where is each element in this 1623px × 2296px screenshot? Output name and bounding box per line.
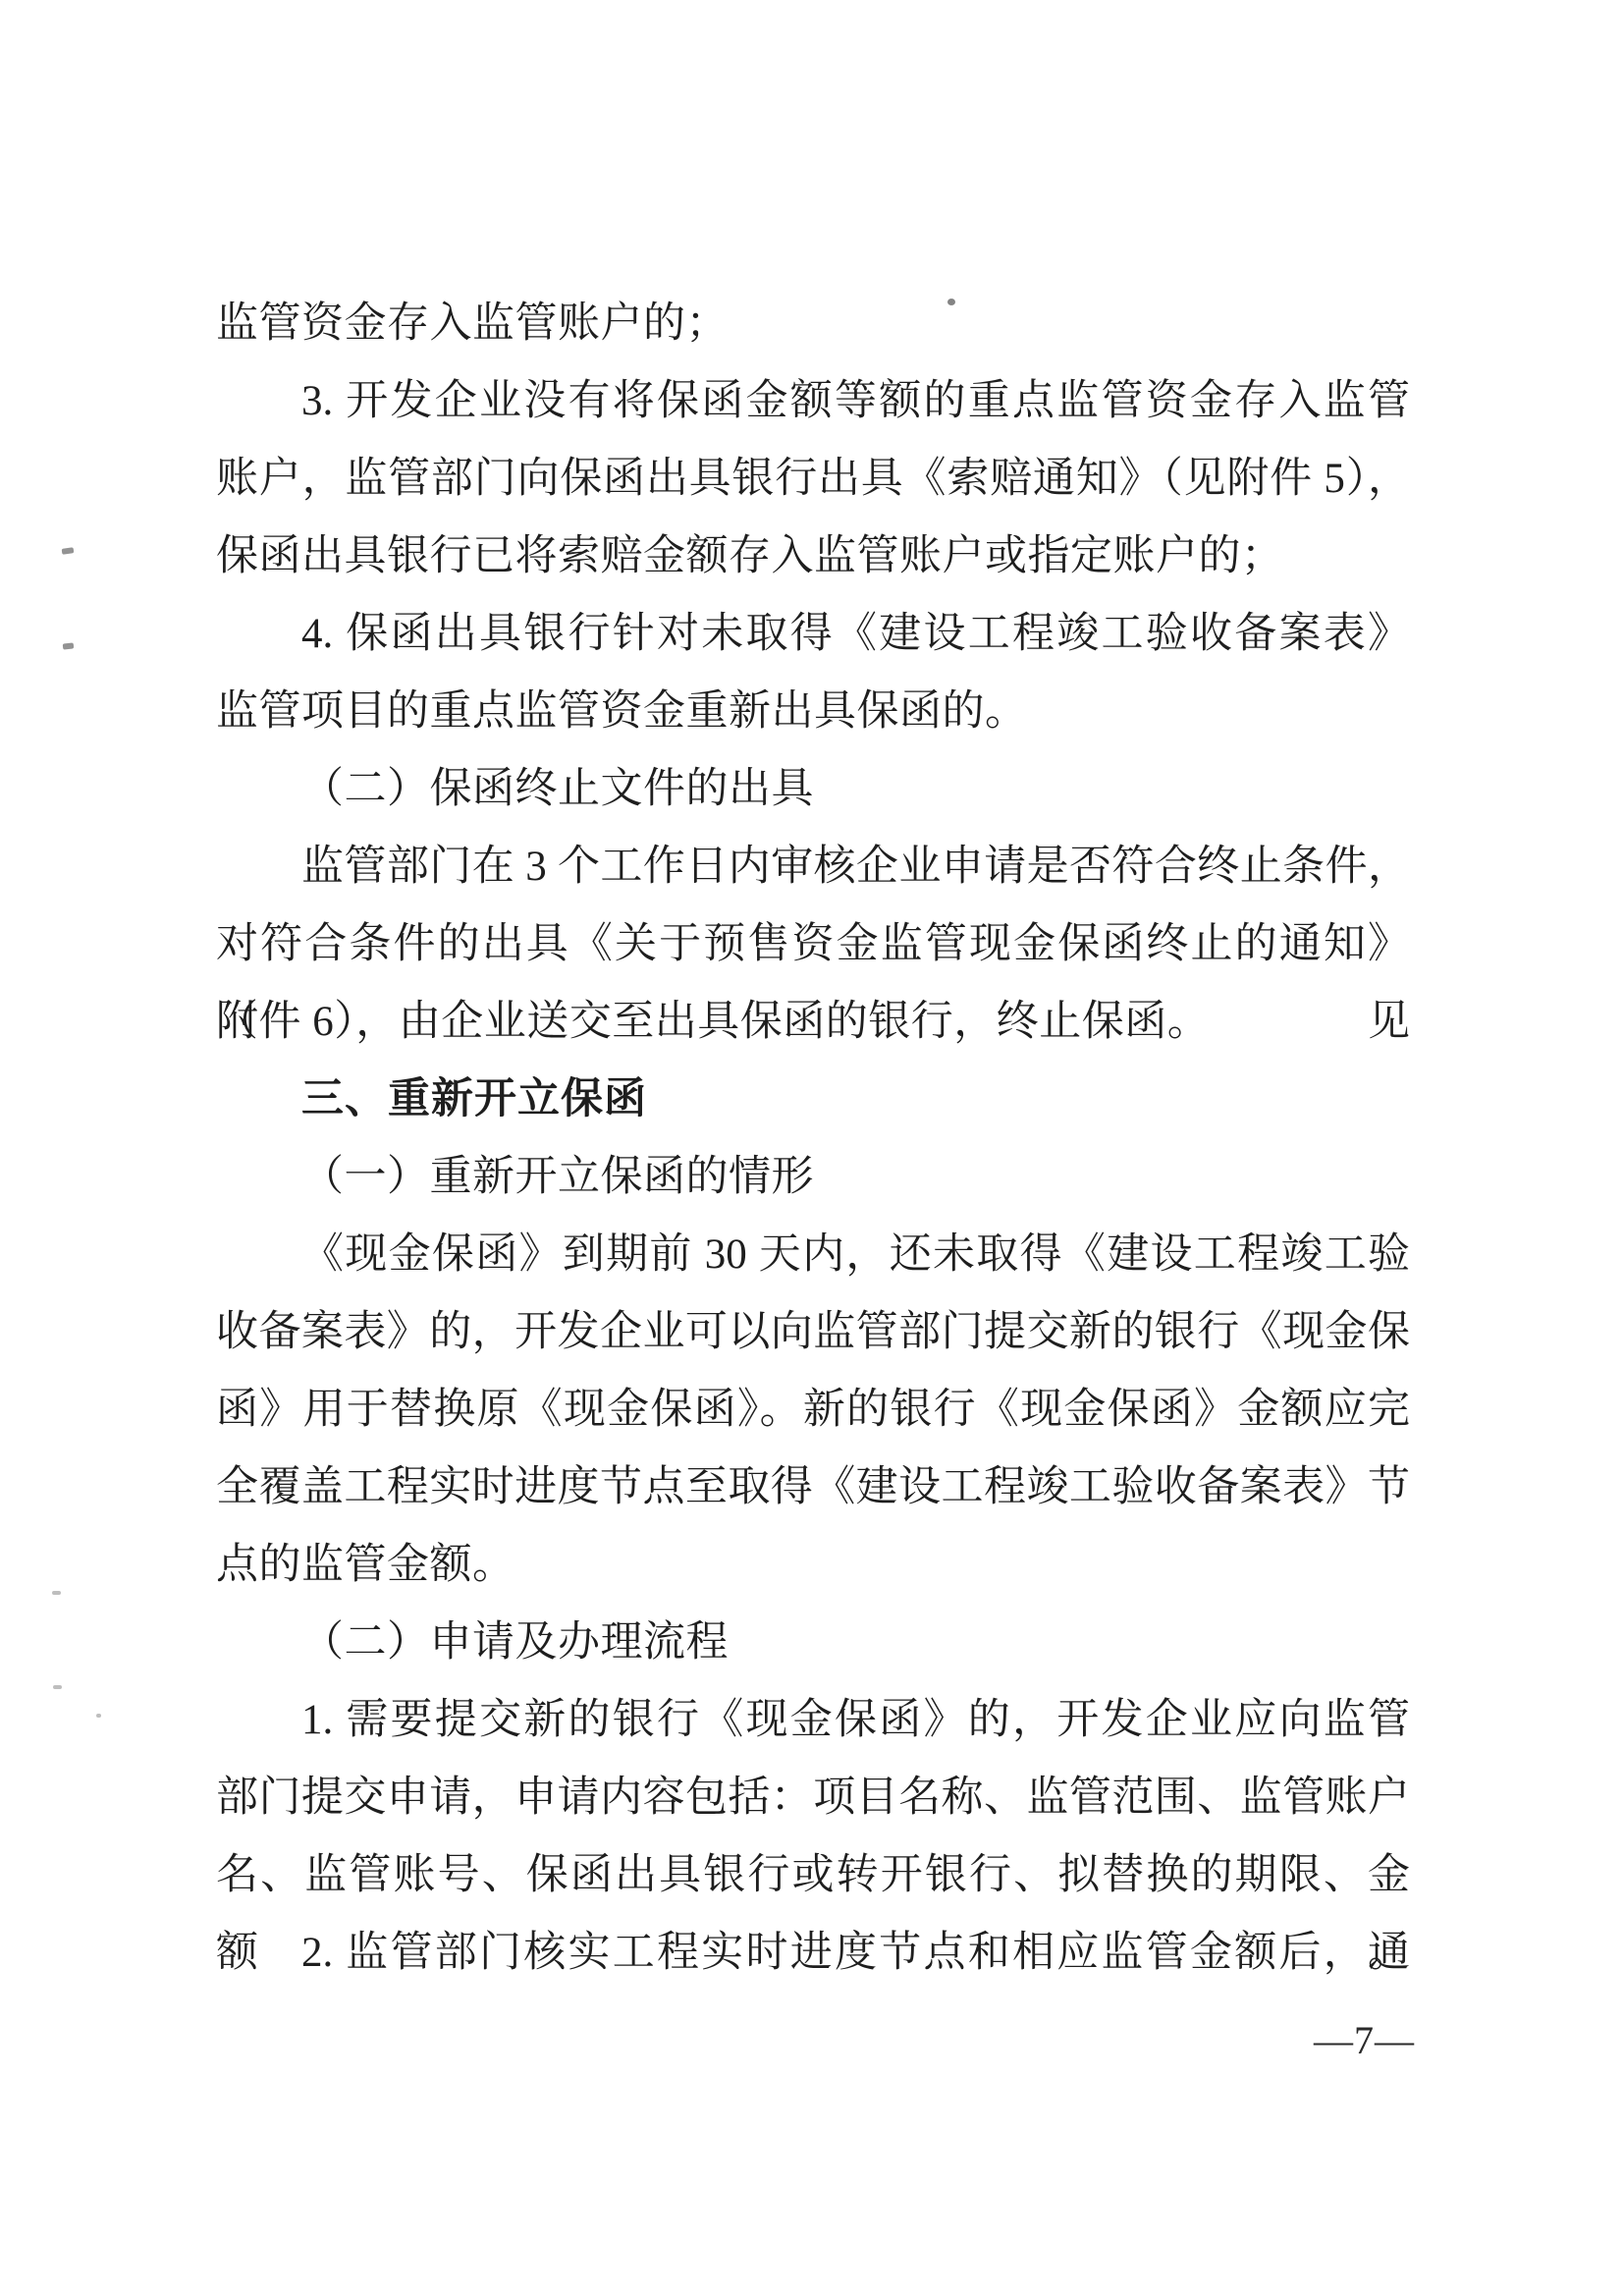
scan-speck <box>96 1714 101 1718</box>
document-page: 监管资金存入监管账户的； 3. 开发企业没有将保函金额等额的重点监管资金存入监管… <box>0 0 1623 2296</box>
scan-speck <box>947 299 955 305</box>
text-line: 2. 监管部门核实工程实时进度节点和相应监管金额后，通 <box>216 1914 1410 1992</box>
scan-speck <box>62 547 75 555</box>
text-line: 对符合条件的出具《关于预售资金监管现金保函终止的通知》（见 <box>216 905 1410 983</box>
section-heading: （一）重新开立保函的情形 <box>216 1138 1410 1216</box>
section-heading: （二）申请及办理流程 <box>216 1604 1410 1681</box>
text-line: 监管项目的重点监管资金重新出具保函的。 <box>216 673 1410 750</box>
text-line: 1. 需要提交新的银行《现金保函》的，开发企业应向监管 <box>216 1681 1410 1759</box>
section-heading: （二）保函终止文件的出具 <box>216 750 1410 828</box>
body-text: 监管资金存入监管账户的； 3. 开发企业没有将保函金额等额的重点监管资金存入监管… <box>216 285 1410 1992</box>
text-line: 保函出具银行已将索赔金额存入监管账户或指定账户的； <box>216 518 1410 595</box>
page-number: —7— <box>1314 2019 1415 2062</box>
text-line: 全覆盖工程实时进度节点至取得《建设工程竣工验收备案表》节 <box>216 1449 1410 1526</box>
text-line: 点的监管金额。 <box>216 1526 1410 1604</box>
text-line: 账户，监管部门向保函出具银行出具《索赔通知》（见附件 5）， <box>216 440 1410 518</box>
text-line: 4. 保函出具银行针对未取得《建设工程竣工验收备案表》 <box>216 595 1410 673</box>
text-line: 部门提交申请，申请内容包括：项目名称、监管范围、监管账户 <box>216 1759 1410 1836</box>
text-line: 《现金保函》到期前 30 天内，还未取得《建设工程竣工验 <box>216 1216 1410 1293</box>
scan-speck <box>53 1685 62 1689</box>
text-line: 监管资金存入监管账户的； <box>216 285 1410 362</box>
chapter-heading: 三、重新开立保函 <box>216 1061 1410 1138</box>
scan-speck <box>63 642 75 649</box>
text-line: 函》用于替换原《现金保函》。新的银行《现金保函》金额应完 <box>216 1371 1410 1449</box>
text-line: 收备案表》的，开发企业可以向监管部门提交新的银行《现金保 <box>216 1293 1410 1371</box>
text-line: 监管部门在 3 个工作日内审核企业申请是否符合终止条件， <box>216 828 1410 905</box>
text-line: 3. 开发企业没有将保函金额等额的重点监管资金存入监管 <box>216 362 1410 440</box>
text-line: 名、监管账号、保函出具银行或转开银行、拟替换的期限、金额。 <box>216 1836 1410 1914</box>
scan-speck <box>52 1591 61 1595</box>
